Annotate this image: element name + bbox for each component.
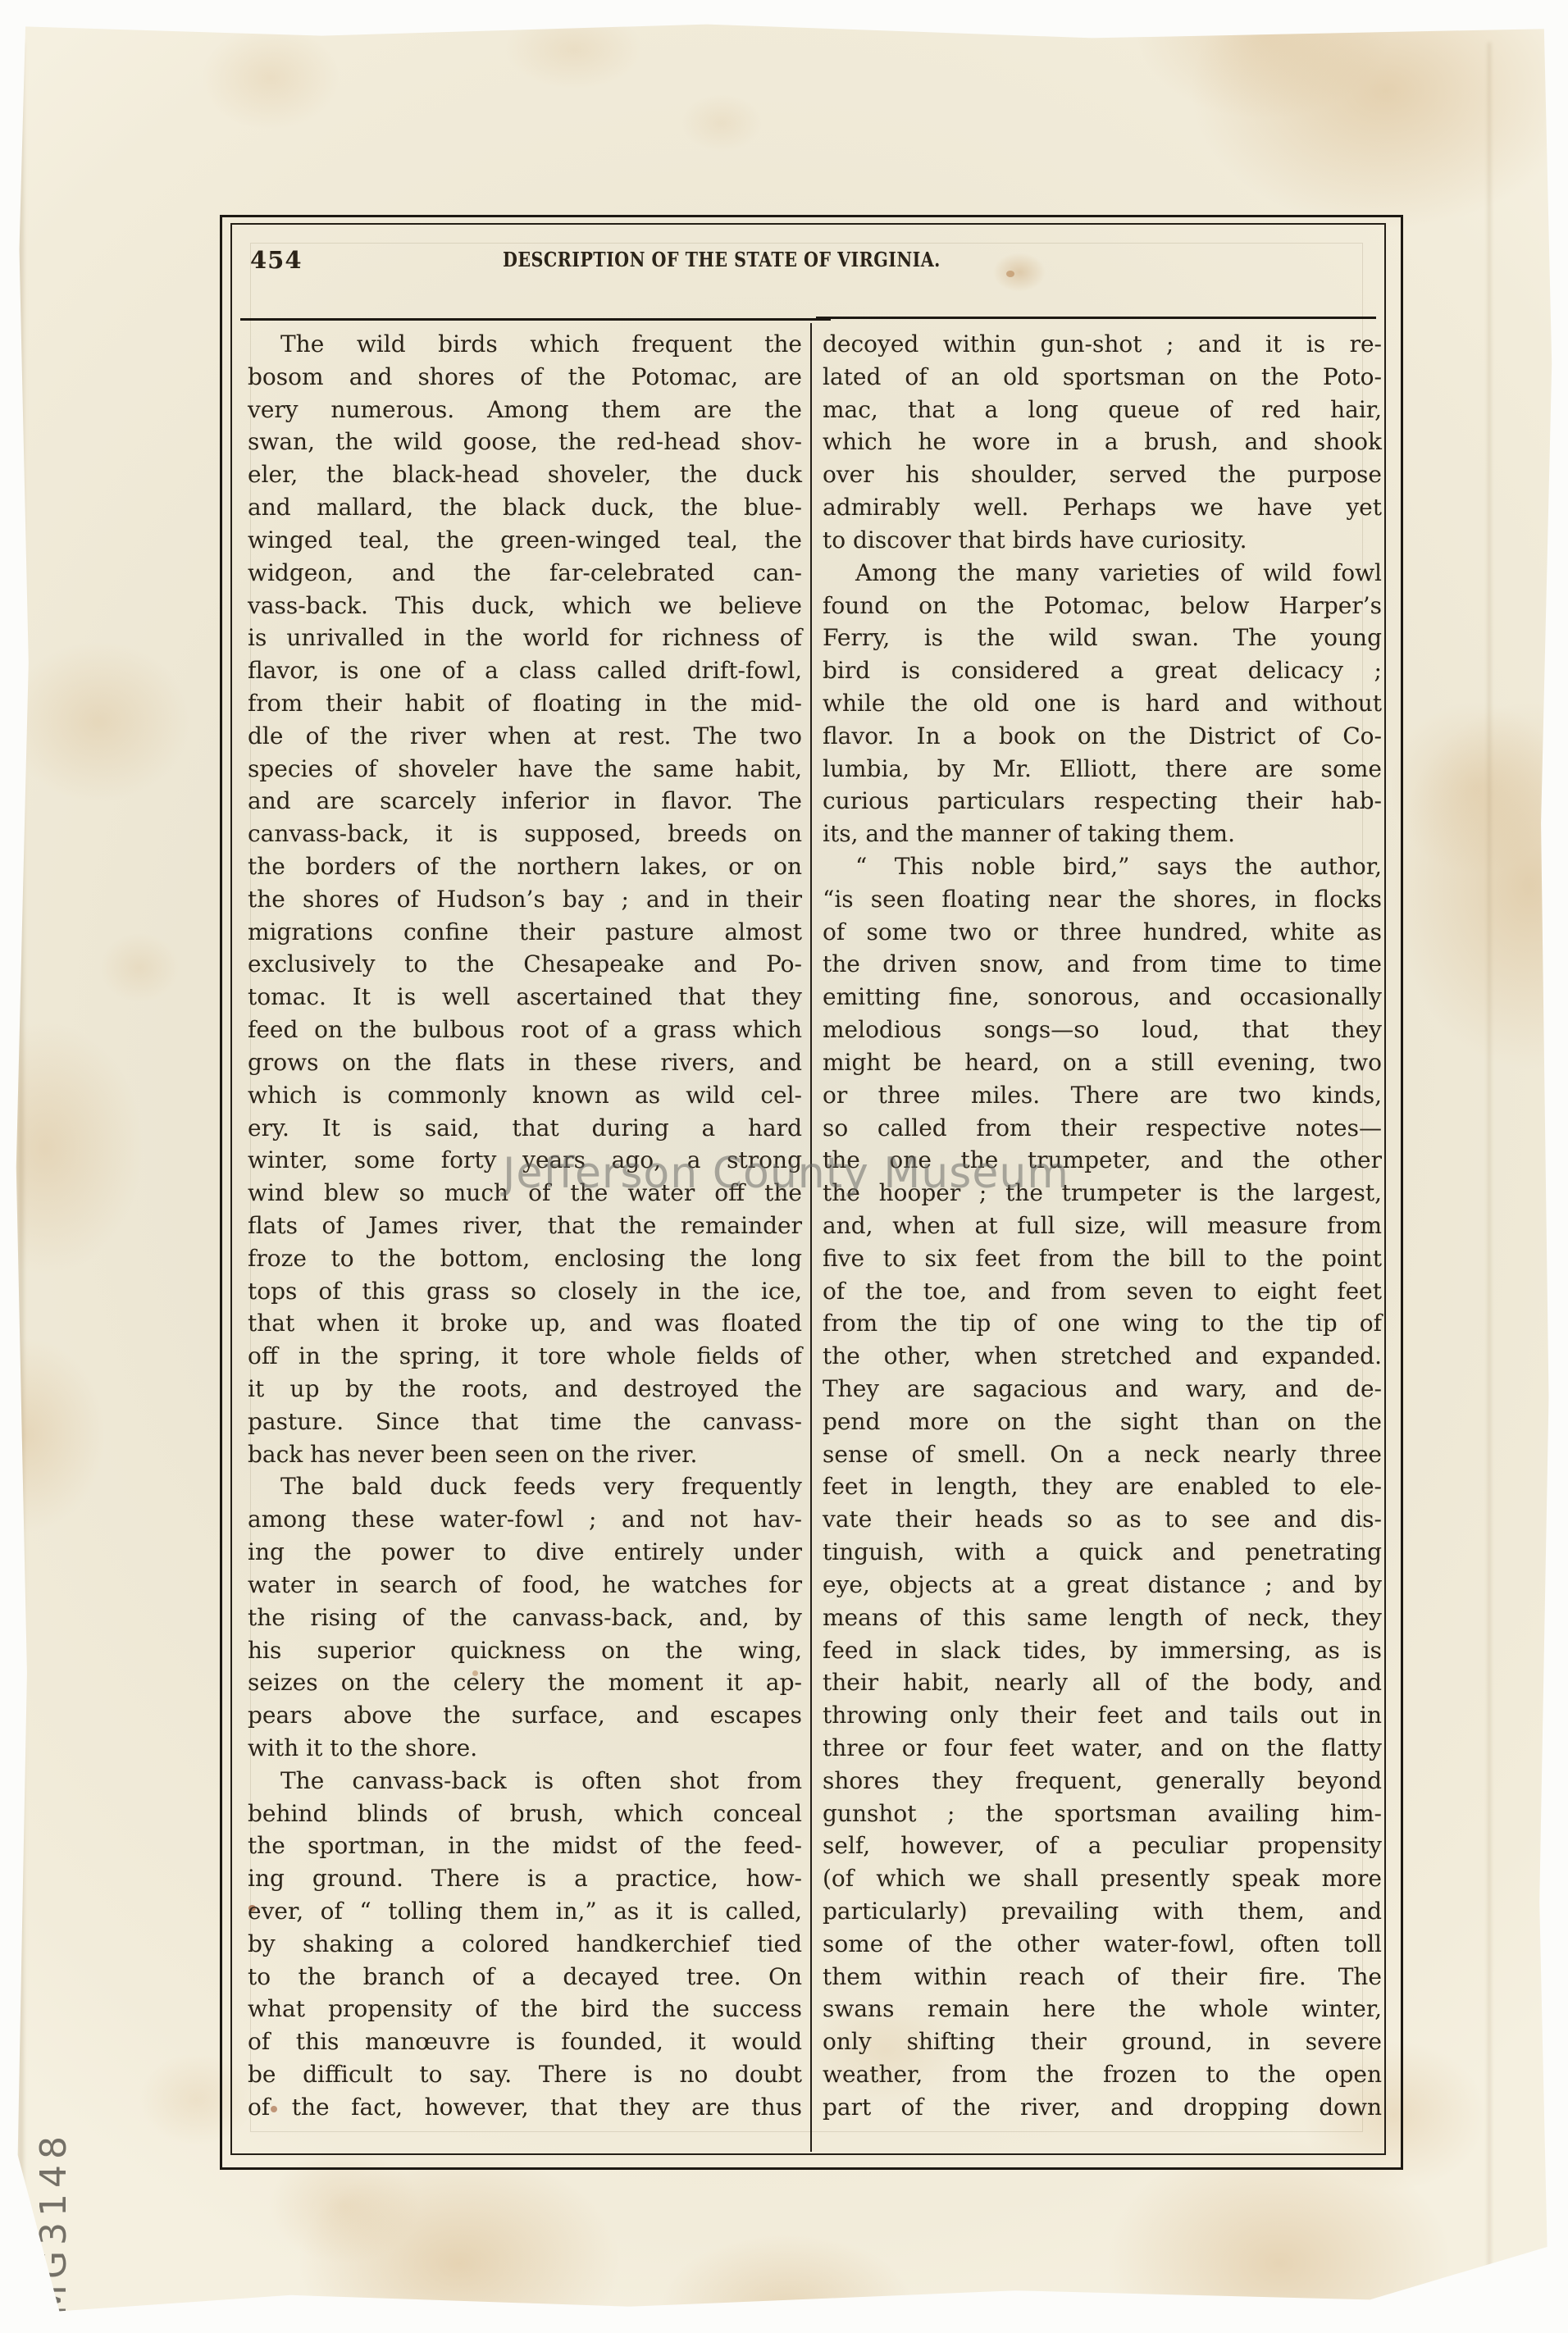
text-line: among these water-fowl ; and not hav- xyxy=(248,1503,802,1536)
text-line: winged teal, the green-winged teal, the xyxy=(248,524,802,557)
text-line: only shifting their ground, in severe xyxy=(823,2025,1382,2058)
paper-sheet: 454 DESCRIPTION OF THE STATE OF VIRGINIA… xyxy=(13,20,1555,2316)
page-title: DESCRIPTION OF THE STATE OF VIRGINIA. xyxy=(503,248,941,271)
text-line: grows on the flats in these rivers, and xyxy=(248,1046,802,1079)
text-line: admirably well. Perhaps we have yet xyxy=(823,491,1382,524)
text-line: or three miles. There are two kinds, xyxy=(823,1079,1382,1112)
text-line: eye, objects at a great distance ; and b… xyxy=(823,1569,1382,1602)
text-line: eler, the black-head shoveler, the duck xyxy=(248,458,802,491)
text-line: behind blinds of brush, which conceal xyxy=(248,1798,802,1830)
text-line: so called from their respective notes— xyxy=(823,1112,1382,1145)
text-line: them within reach of their fire. The xyxy=(823,1961,1382,1994)
text-line: swans remain here the whole winter, xyxy=(823,1993,1382,2025)
text-line: decoyed within gun-shot ; and it is re- xyxy=(823,328,1382,361)
text-line: to discover that birds have curiosity. xyxy=(823,524,1382,557)
text-line: off in the spring, it tore whole fields … xyxy=(248,1340,802,1373)
text-line: his superior quickness on the wing, xyxy=(248,1634,802,1667)
text-line: seizes on the celery the moment it ap- xyxy=(248,1666,802,1699)
text-line: dle of the river when at rest. The two xyxy=(248,720,802,753)
right-column: decoyed within gun-shot ; and it is re-l… xyxy=(823,328,1382,2124)
text-line: water in search of food, he watches for xyxy=(248,1569,802,1602)
text-line: the borders of the northern lakes, or on xyxy=(248,850,802,883)
text-line: of the fact, however, that they are thus xyxy=(248,2091,802,2124)
text-line: the other, when stretched and expanded. xyxy=(823,1340,1382,1373)
text-line: five to six feet from the bill to the po… xyxy=(823,1242,1382,1275)
text-line: means of this same length of neck, they xyxy=(823,1602,1382,1634)
text-line: feet in length, they are enabled to ele- xyxy=(823,1470,1382,1503)
text-line: melodious songs—so loud, that they xyxy=(823,1014,1382,1046)
text-line: shores they frequent, generally beyond xyxy=(823,1765,1382,1798)
text-line: “ This noble bird,” says the author, xyxy=(823,850,1382,883)
text-line: and mallard, the black duck, the blue- xyxy=(248,491,802,524)
text-line: Among the many varieties of wild fowl xyxy=(823,557,1382,590)
text-line: bosom and shores of the Potomac, are xyxy=(248,361,802,394)
text-line: tinguish, with a quick and penetrating xyxy=(823,1536,1382,1569)
text-line: the shores of Hudson’s bay ; and in thei… xyxy=(248,883,802,916)
text-line: ing ground. There is a practice, how- xyxy=(248,1862,802,1895)
text-line: vass-back. This duck, which we believe xyxy=(248,590,802,622)
text-line: weather, from the frozen to the open xyxy=(823,2058,1382,2091)
text-line: ever, of “ tolling them in,” as it is ca… xyxy=(248,1895,802,1928)
text-line: three or four feet water, and on the fla… xyxy=(823,1732,1382,1765)
text-line: emitting fine, sonorous, and occasionall… xyxy=(823,981,1382,1014)
text-line: lated of an old sportsman on the Poto- xyxy=(823,361,1382,394)
text-line: They are sagacious and wary, and de- xyxy=(823,1373,1382,1406)
text-line: feed on the bulbous root of a grass whic… xyxy=(248,1014,802,1046)
text-line: the sportman, in the midst of the feed- xyxy=(248,1829,802,1862)
text-line: gunshot ; the sportsman availing him- xyxy=(823,1798,1382,1830)
text-line: might be heard, on a still evening, two xyxy=(823,1046,1382,1079)
text-line: feed in slack tides, by immersing, as is xyxy=(823,1634,1382,1667)
text-line: back has never been seen on the river. xyxy=(248,1438,802,1471)
text-line: flavor. In a book on the District of Co- xyxy=(823,720,1382,753)
text-line: some of the other water-fowl, often toll xyxy=(823,1928,1382,1961)
text-line: its, and the manner of taking them. xyxy=(823,818,1382,850)
text-line: canvass-back, it is supposed, breeds on xyxy=(248,818,802,850)
text-line: tops of this grass so closely in the ice… xyxy=(248,1275,802,1308)
text-line: curious particulars respecting their hab… xyxy=(823,785,1382,818)
text-line: and are scarcely inferior in flavor. The xyxy=(248,785,802,818)
text-line: pasture. Since that time the canvass- xyxy=(248,1406,802,1438)
text-line: of this manœuvre is founded, it would xyxy=(248,2025,802,2058)
text-line: their habit, nearly all of the body, and xyxy=(823,1666,1382,1699)
text-line: species of shoveler have the same habit, xyxy=(248,753,802,786)
text-line: Ferry, is the wild swan. The young xyxy=(823,622,1382,654)
text-line: The canvass-back is often shot from xyxy=(248,1765,802,1798)
text-line: pend more on the sight than on the xyxy=(823,1406,1382,1438)
text-line: tomac. It is well ascertained that they xyxy=(248,981,802,1014)
text-line: ing the power to dive entirely under xyxy=(248,1536,802,1569)
text-line: and, when at full size, will measure fro… xyxy=(823,1210,1382,1242)
text-line: self, however, of a peculiar propensity xyxy=(823,1829,1382,1862)
text-line: the rising of the canvass-back, and, by xyxy=(248,1602,802,1634)
text-line: that when it broke up, and was floated xyxy=(248,1307,802,1340)
scanned-book-page: 454 DESCRIPTION OF THE STATE OF VIRGINIA… xyxy=(0,0,1568,2333)
text-line: (of which we shall presently speak more xyxy=(823,1862,1382,1895)
pencil-annotation: IMG3148 xyxy=(33,2086,98,2332)
text-line: which is commonly known as wild cel- xyxy=(248,1079,802,1112)
text-line: found on the Potomac, below Harper’s xyxy=(823,590,1382,622)
text-line: from the tip of one wing to the tip of xyxy=(823,1307,1382,1340)
text-line: flats of James river, that the remainder xyxy=(248,1210,802,1242)
text-line: migrations confine their pasture almost xyxy=(248,916,802,949)
column-divider xyxy=(810,323,812,2152)
text-line: what propensity of the bird the success xyxy=(248,1993,802,2025)
page-number: 454 xyxy=(250,246,303,274)
text-line: lumbia, by Mr. Elliott, there are some xyxy=(823,753,1382,786)
text-line: while the old one is hard and without xyxy=(823,687,1382,720)
text-line: “is seen floating near the shores, in fl… xyxy=(823,883,1382,916)
text-line: is unrivalled in the world for richness … xyxy=(248,622,802,654)
text-line: widgeon, and the far-celebrated can- xyxy=(248,557,802,590)
text-line: exclusively to the Chesapeake and Po- xyxy=(248,948,802,981)
text-line: bird is considered a great delicacy ; xyxy=(823,654,1382,687)
text-line: vate their heads so as to see and dis- xyxy=(823,1503,1382,1536)
text-line: mac, that a long queue of red hair, xyxy=(823,394,1382,426)
text-line: with it to the shore. xyxy=(248,1732,802,1765)
text-line: part of the river, and dropping down xyxy=(823,2091,1382,2124)
text-line: very numerous. Among them are the xyxy=(248,394,802,426)
text-line: be difficult to say. There is no doubt xyxy=(248,2058,802,2091)
text-line: pears above the surface, and escapes xyxy=(248,1699,802,1732)
text-line: it up by the roots, and destroyed the xyxy=(248,1373,802,1406)
text-line: to the branch of a decayed tree. On xyxy=(248,1961,802,1994)
text-line: over his shoulder, served the purpose xyxy=(823,458,1382,491)
text-line: by shaking a colored handkerchief tied xyxy=(248,1928,802,1961)
text-line: the driven snow, and from time to time xyxy=(823,948,1382,981)
text-line: of some two or three hundred, white as xyxy=(823,916,1382,949)
text-line: froze to the bottom, enclosing the long xyxy=(248,1242,802,1275)
text-line: The bald duck feeds very frequently xyxy=(248,1470,802,1503)
header-rule xyxy=(816,317,1376,319)
text-line: particularly) prevailing with them, and xyxy=(823,1895,1382,1928)
text-line: The wild birds which frequent the xyxy=(248,328,802,361)
text-line: sense of smell. On a neck nearly three xyxy=(823,1438,1382,1471)
text-line: from their habit of floating in the mid- xyxy=(248,687,802,720)
text-line: which he wore in a brush, and shook xyxy=(823,426,1382,458)
text-line: of the toe, and from seven to eight feet xyxy=(823,1275,1382,1308)
text-line: ery. It is said, that during a hard xyxy=(248,1112,802,1145)
text-line: throwing only their feet and tails out i… xyxy=(823,1699,1382,1732)
text-line: flavor, is one of a class called drift-f… xyxy=(248,654,802,687)
watermark-text: Jefferson County Museum xyxy=(503,1149,1069,1198)
left-column: The wild birds which frequent thebosom a… xyxy=(248,328,802,2124)
header-rule xyxy=(240,318,831,321)
text-line: swan, the wild goose, the red-head shov- xyxy=(248,426,802,458)
